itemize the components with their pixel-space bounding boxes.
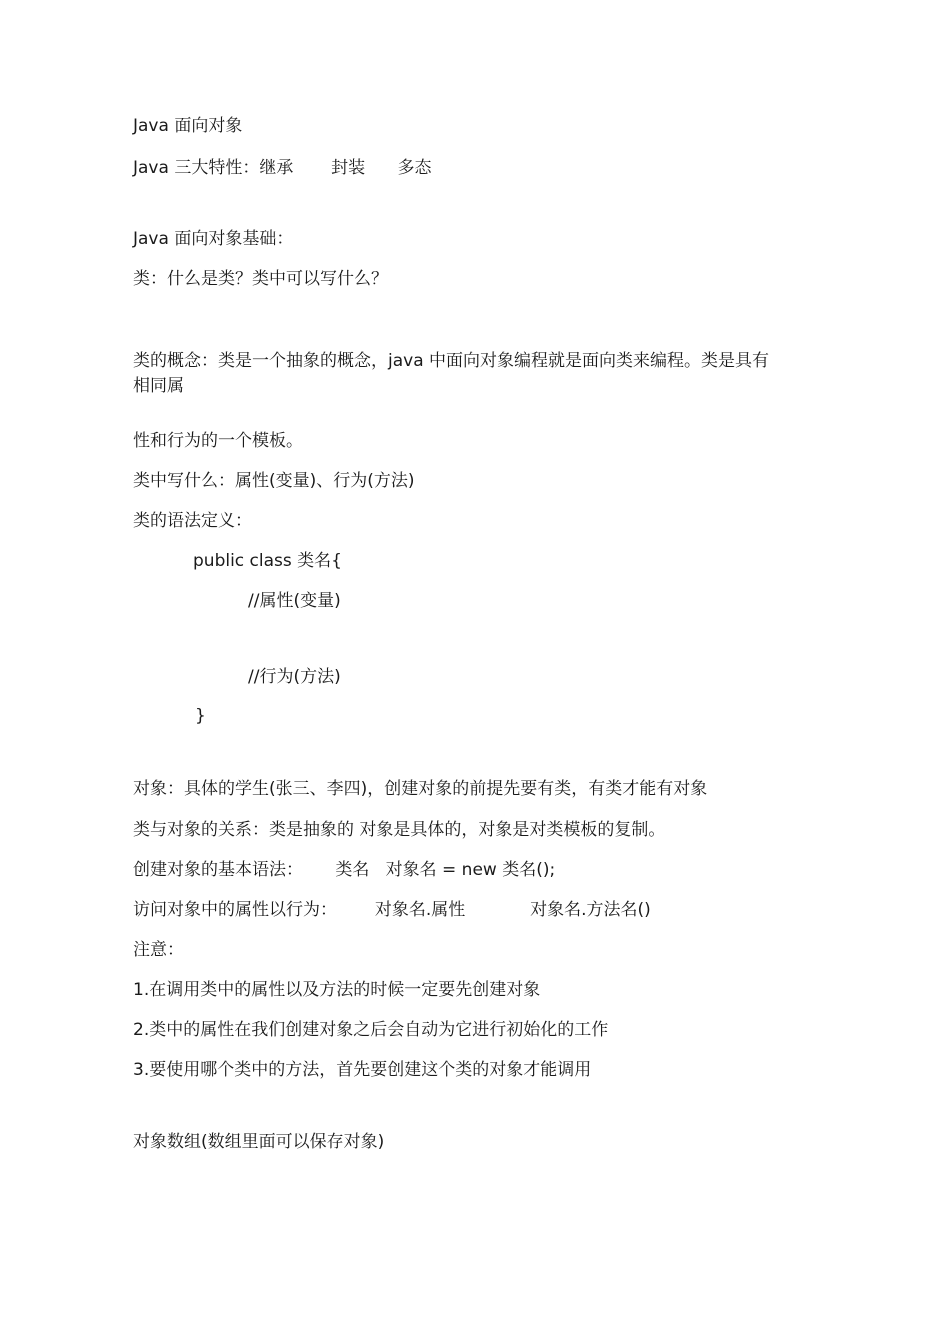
doc-line-note-2: 2.类中的属性在我们创建对象之后会自动为它进行初始化的工作 [133, 1018, 839, 1043]
doc-line-object-definition: 对象：具体的学生(张三、李四)，创建对象的前提先要有类，有类才能有对象 [133, 777, 839, 802]
code-line-closing-brace: } [133, 704, 839, 729]
doc-line-class-concept-wrap: 相同属 [133, 374, 839, 399]
code-line-attribute-comment: //属性(变量) [133, 589, 839, 614]
doc-line-note-1: 1.在调用类中的属性以及方法的时候一定要先创建对象 [133, 978, 839, 1003]
doc-title: Java 面向对象 [133, 114, 839, 139]
doc-line-note-3: 3.要使用哪个类中的方法，首先要创建这个类的对象才能调用 [133, 1058, 839, 1083]
doc-line-class-question: 类：什么是类？类中可以写什么？ [133, 267, 839, 292]
doc-line-template: 性和行为的一个模板。 [133, 429, 839, 454]
doc-line-create-object-syntax: 创建对象的基本语法： 类名 对象名 = new 类名(); [133, 858, 839, 883]
document-text-block: Java 面向对象 Java 三大特性：继承 封装 多态 Java 面向对象基础… [133, 114, 839, 1155]
doc-line-syntax-heading: 类的语法定义： [133, 509, 839, 534]
code-line-behavior-comment: //行为(方法) [133, 665, 839, 690]
doc-line-features: Java 三大特性：继承 封装 多态 [133, 156, 839, 181]
doc-line-access-members: 访问对象中的属性以行为： 对象名.属性 对象名.方法名() [133, 898, 839, 923]
document-page: Java 面向对象 Java 三大特性：继承 封装 多态 Java 面向对象基础… [0, 0, 950, 1344]
doc-line-note-heading: 注意： [133, 938, 839, 963]
doc-line-object-array: 对象数组(数组里面可以保存对象) [133, 1130, 839, 1155]
doc-line-class-contents: 类中写什么：属性(变量)、行为(方法) [133, 469, 839, 494]
doc-line-class-concept: 类的概念：类是一个抽象的概念，java 中面向对象编程就是面向类来编程。类是具有 [133, 349, 839, 374]
doc-line-class-object-relation: 类与对象的关系：类是抽象的 对象是具体的，对象是对类模板的复制。 [133, 818, 839, 843]
code-line-class-declaration: public class 类名{ [133, 549, 839, 574]
doc-line-basics-heading: Java 面向对象基础： [133, 227, 839, 252]
